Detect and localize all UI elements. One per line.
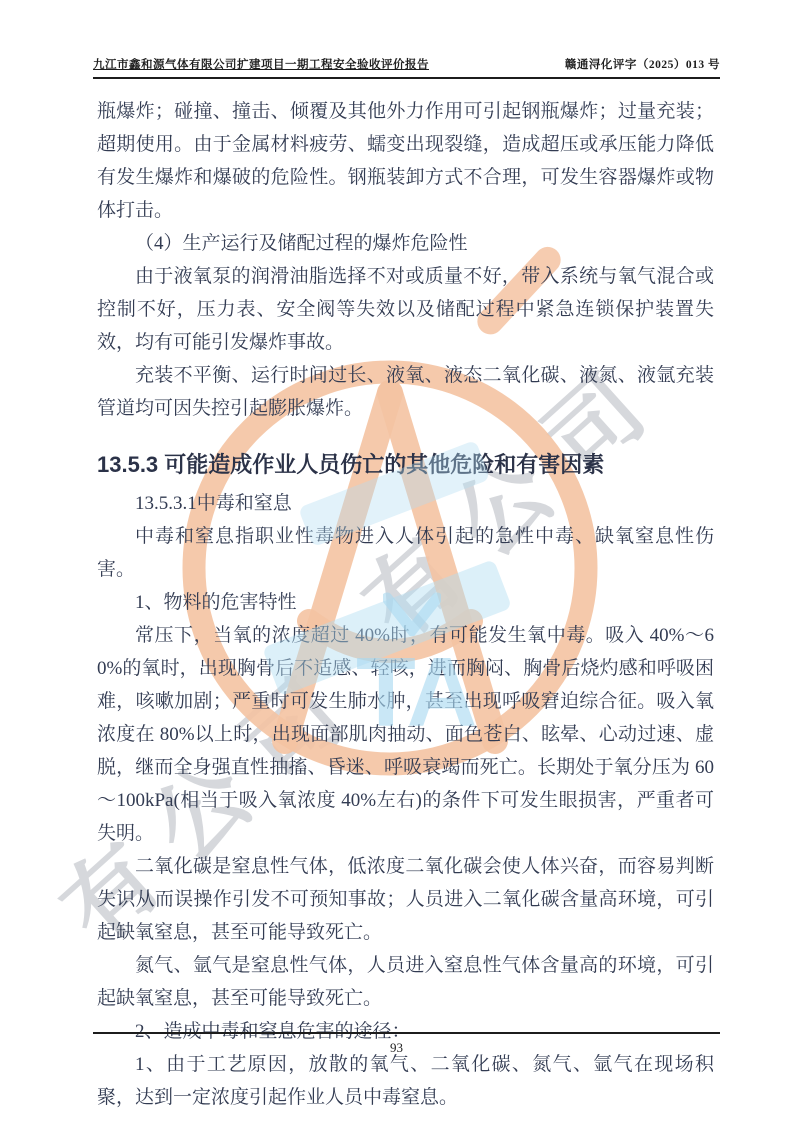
paragraph: （4）生产运行及储配过程的爆炸危险性 [97, 227, 714, 260]
page-number: 93 [0, 1040, 793, 1056]
paragraph: 常压下，当氧的浓度超过 40%时，有可能发生氧中毒。吸入 40%～60%的氧时，… [97, 619, 714, 850]
paragraph: 1、物料的危害特性 [97, 586, 714, 619]
paragraph: 由于液氧泵的润滑油脂选择不对或质量不好，带入系统与氧气混合或控制不好，压力表、安… [97, 260, 714, 359]
document-body: 瓶爆炸；碰撞、撞击、倾覆及其他外力作用可引起钢瓶爆炸；过量充装；超期使用。由于金… [97, 95, 714, 1114]
paragraph: 1、由于工艺原因，放散的氧气、二氧化碳、氮气、氩气在现场积聚，达到一定浓度引起作… [97, 1048, 714, 1114]
report-title: 九江市鑫和源气体有限公司扩建项目一期工程安全验收评价报告 [93, 56, 429, 72]
paragraph: 二氧化碳是窒息性气体，低浓度二氧化碳会使人体兴奋，而容易判断失识从而误操作引发不… [97, 850, 714, 949]
paragraph: 中毒和窒息指职业性毒物进入人体引起的急性中毒、缺氧窒息性伤害。 [97, 520, 714, 586]
document-number: 赣通浔化评字（2025）013 号 [565, 56, 720, 72]
paragraph: 13.5.3.1中毒和窒息 [97, 487, 714, 520]
footer-divider [93, 1032, 720, 1034]
document-page: 有公司 有公司 九江市鑫和源气体有限公司扩建项目一期工程安全验收评价报告 赣通浔… [0, 0, 793, 1122]
paragraph: 瓶爆炸；碰撞、撞击、倾覆及其他外力作用可引起钢瓶爆炸；过量充装；超期使用。由于金… [97, 95, 714, 227]
paragraph: 氮气、氩气是窒息性气体，人员进入窒息性气体含量高的环境，可引起缺氧窒息，甚至可能… [97, 949, 714, 1015]
paragraph: 充装不平衡、运行时间过长、液氧、液态二氧化碳、液氮、液氩充装管道均可因失控引起膨… [97, 359, 714, 425]
page-header: 九江市鑫和源气体有限公司扩建项目一期工程安全验收评价报告 赣通浔化评字（2025… [93, 56, 720, 79]
section-heading: 13.5.3 可能造成作业人员伤亡的其他危险和有害因素 [97, 450, 714, 480]
